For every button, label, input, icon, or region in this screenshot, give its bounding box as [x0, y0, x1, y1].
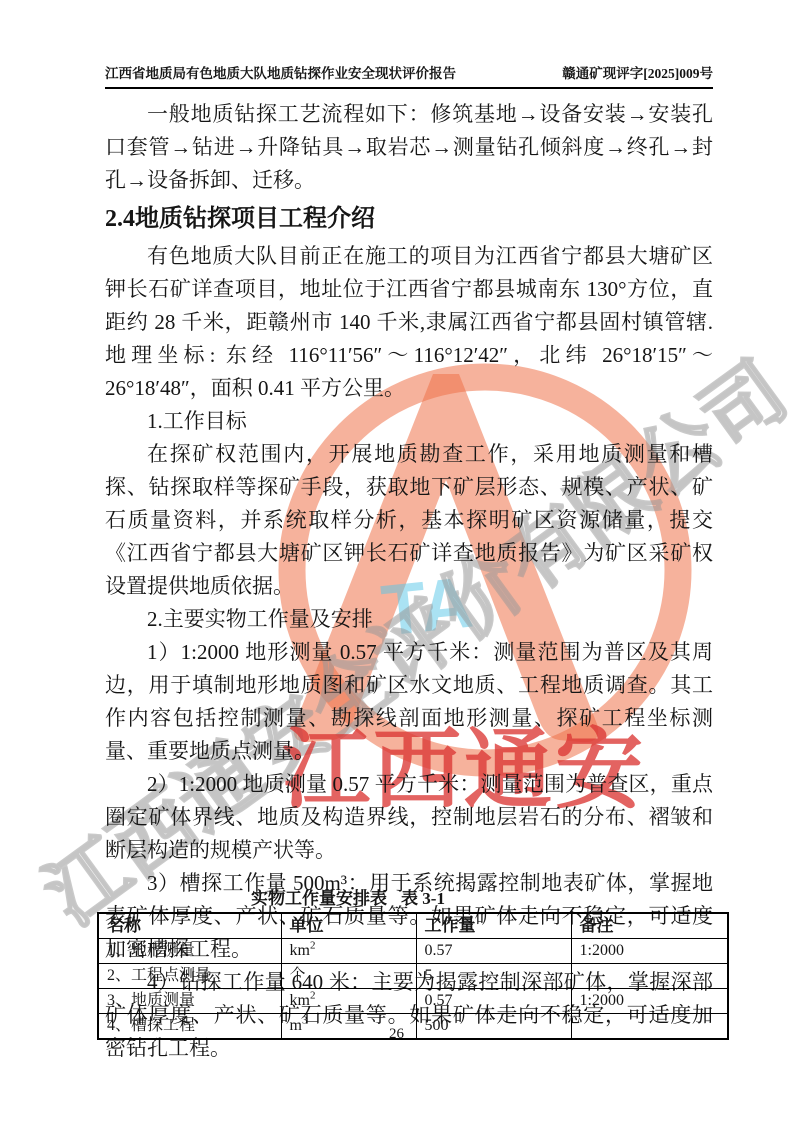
table-row: 2、工程点测量个5: [98, 964, 728, 989]
paragraph: 1）1:2000 地形测量 0.57 平方千米：测量范围为普区及其周边，用于填制…: [105, 636, 713, 768]
paragraph: 2）1:2000 地质测量 0.57 平方千米：测量范围为普查区，重点圈定矿体界…: [105, 768, 713, 867]
table-cell: 5: [416, 964, 571, 989]
table-cell: 1、地形测量: [98, 939, 281, 964]
physical-workload-table: 名称单位工作量备注 1、地形测量km20.571:20002、工程点测量个53、…: [97, 912, 729, 1040]
table-title-text: 实物工作量安排表: [251, 889, 387, 908]
table-cell: km2: [281, 939, 416, 964]
table-cell: 3、地质测量: [98, 989, 281, 1014]
column-header: 备注: [571, 913, 728, 939]
table-cell: km2: [281, 989, 416, 1014]
table-number: 表 3-1: [401, 889, 445, 908]
header-doc-number: 赣通矿现评字[2025]009号: [562, 62, 713, 82]
column-header: 单位: [281, 913, 416, 939]
table-header-row: 名称单位工作量备注: [98, 913, 728, 939]
worktable-block: 实物工作量安排表表 3-1 名称单位工作量备注 1、地形测量km20.571:2…: [97, 884, 727, 1040]
page-header: 江西省地质局有色地质大队地质钻探作业安全现状评价报告 赣通矿现评字[2025]0…: [105, 62, 713, 89]
page-number: 26: [389, 1026, 404, 1042]
table-header: 名称单位工作量备注: [98, 913, 728, 939]
paragraph: 一般地质钻探工艺流程如下：修筑基地→设备安装→安装孔口套管→钻进→升降钻具→取岩…: [105, 98, 713, 197]
header-report-title: 江西省地质局有色地质大队地质钻探作业安全现状评价报告: [105, 62, 456, 82]
table-cell: [571, 964, 728, 989]
table-cell: 2、工程点测量: [98, 964, 281, 989]
column-header: 工作量: [416, 913, 571, 939]
paragraph: 在探矿权范围内，开展地质勘查工作，采用地质测量和槽探、钻探取样等探矿手段，获取地…: [105, 438, 713, 603]
content-layer: 江西省地质局有色地质大队地质钻探作业安全现状评价报告 赣通矿现评字[2025]0…: [0, 0, 793, 1122]
table-row: 3、地质测量km20.571:2000: [98, 989, 728, 1014]
table-cell: 个: [281, 964, 416, 989]
table-row: 1、地形测量km20.571:2000: [98, 939, 728, 964]
table-cell: 0.57: [416, 939, 571, 964]
table-cell: 1:2000: [571, 989, 728, 1014]
table-cell: 0.57: [416, 989, 571, 1014]
table-title: 实物工作量安排表表 3-1: [97, 884, 727, 909]
table-body: 1、地形测量km20.571:20002、工程点测量个53、地质测量km20.5…: [98, 939, 728, 1040]
table-cell: 1:2000: [571, 939, 728, 964]
paragraph: 1.工作目标: [105, 405, 713, 438]
page-footer: 26: [0, 1026, 793, 1043]
column-header: 名称: [98, 913, 281, 939]
paragraph: 2.主要实物工作量及安排: [105, 603, 713, 636]
document-page: TA 江西通安全评价有限公司 江西通安 江西省地质局有色地质大队地质钻探作业安全…: [0, 0, 793, 1122]
paragraph: 有色地质大队目前正在施工的项目为江西省宁都县大塘矿区钾长石矿详查项目，地址位于江…: [105, 240, 713, 405]
section-heading: 2.4地质钻探项目工程介绍: [105, 201, 713, 238]
